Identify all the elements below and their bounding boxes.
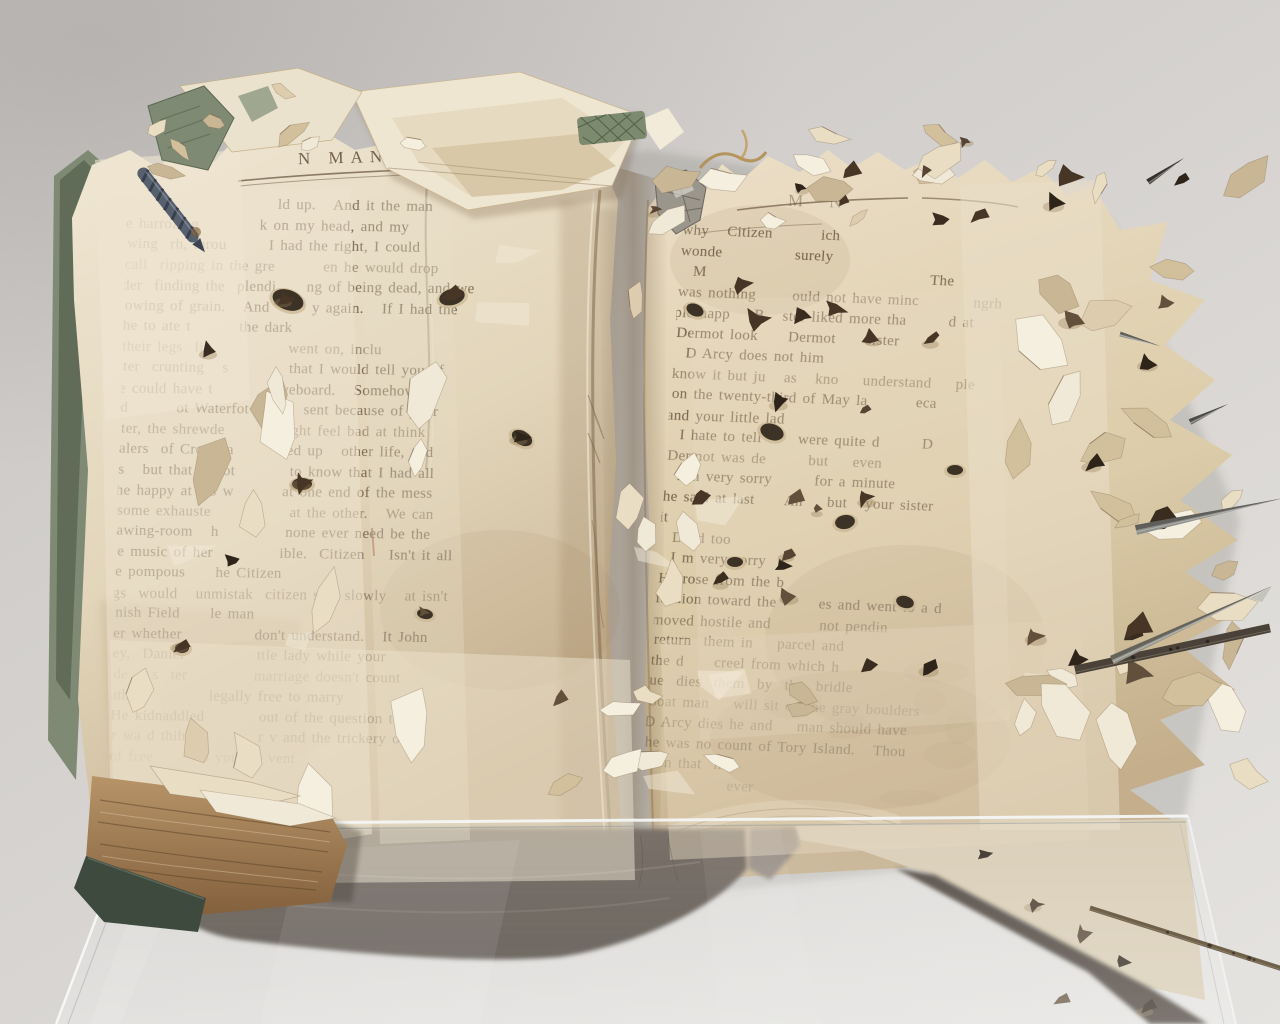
damage-and-stand-illustration <box>0 0 1280 1024</box>
photo-stage: N MAN M N ld up. And it the mane harrozi… <box>0 0 1280 1024</box>
